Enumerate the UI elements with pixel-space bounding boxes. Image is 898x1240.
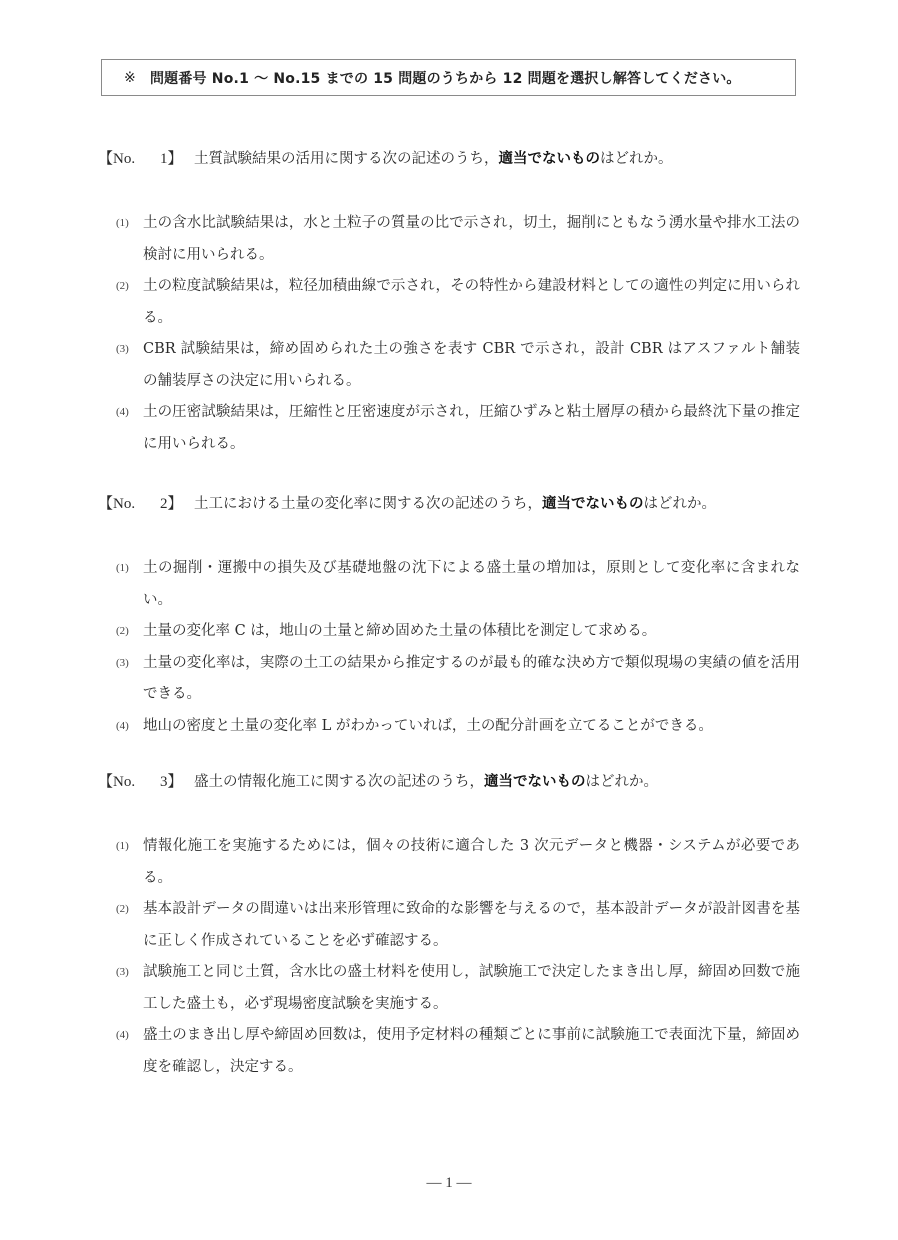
question-stem: 【No.3】盛土の情報化施工に関する次の記述のうち，適当でないものはどれか。 <box>98 772 808 792</box>
emphasis-text: 適当でないもの <box>542 496 644 512</box>
option-item: (1)土の含水比試験結果は，水と土粒子の質量の比で示され，切土，掘削にともなう湧… <box>98 208 800 271</box>
emphasis-text: 適当でないもの <box>499 151 601 167</box>
option-list: (1)土の含水比試験結果は，水と土粒子の質量の比で示され，切土，掘削にともなう湧… <box>98 208 808 460</box>
option-item: (3)試験施工と同じ土質，含水比の盛土材料を使用し，試験施工で決定したまき出し厚… <box>98 957 800 1020</box>
option-item: (3)土量の変化率は，実際の土工の結果から推定するのが最も的確な決め方で類似現場… <box>98 648 800 711</box>
question-3: 【No.3】盛土の情報化施工に関する次の記述のうち，適当でないものはどれか。 (… <box>98 772 808 1083</box>
option-item: (1)情報化施工を実施するためには，個々の技術に適合した 3 次元データと機器・… <box>98 831 800 894</box>
reference-mark-icon: ※ <box>124 70 136 86</box>
question-stem: 【No.1】土質試験結果の活用に関する次の記述のうち，適当でないものはどれか。 <box>98 149 808 169</box>
instruction-notice-box: ※ 問題番号 No.1 ～ No.15 までの 15 問題のうちから 12 問題… <box>101 59 796 96</box>
option-item: (2)基本設計データの間違いは出来形管理に致命的な影響を与えるので，基本設計デー… <box>98 894 800 957</box>
option-list: (1)土の掘削・運搬中の損失及び基礎地盤の沈下による盛土量の増加は，原則として変… <box>98 553 808 742</box>
question-2: 【No.2】土工における土量の変化率に関する次の記述のうち，適当でないものはどれ… <box>98 494 808 742</box>
question-number: 【No.2】 <box>98 494 194 514</box>
option-item: (3)CBR 試験結果は，締め固められた土の強さを表す CBR で示され，設計 … <box>98 334 800 397</box>
option-item: (4)地山の密度と土量の変化率 L がわかっていれば，土の配分計画を立てることが… <box>98 711 800 743</box>
page-number: — 1 — <box>0 1175 898 1192</box>
question-stem: 【No.2】土工における土量の変化率に関する次の記述のうち，適当でないものはどれ… <box>98 494 808 514</box>
question-number: 【No.1】 <box>98 149 194 169</box>
question-1: 【No.1】土質試験結果の活用に関する次の記述のうち，適当でないものはどれか。 … <box>98 149 808 460</box>
option-list: (1)情報化施工を実施するためには，個々の技術に適合した 3 次元データと機器・… <box>98 831 808 1083</box>
option-item: (2)土量の変化率 C は，地山の土量と締め固めた土量の体積比を測定して求める。 <box>98 616 800 648</box>
question-number: 【No.3】 <box>98 772 194 792</box>
option-item: (1)土の掘削・運搬中の損失及び基礎地盤の沈下による盛土量の増加は，原則として変… <box>98 553 800 616</box>
instruction-text: 問題番号 No.1 ～ No.15 までの 15 問題のうちから 12 問題を選… <box>150 68 741 88</box>
option-item: (4)盛土のまき出し厚や締固め回数は，使用予定材料の種類ごとに事前に試験施工で表… <box>98 1020 800 1083</box>
option-item: (4)土の圧密試験結果は，圧縮性と圧密速度が示され，圧縮ひずみと粘土層厚の積から… <box>98 397 800 460</box>
option-item: (2)土の粒度試験結果は，粒径加積曲線で示され，その特性から建設材料としての適性… <box>98 271 800 334</box>
emphasis-text: 適当でないもの <box>484 774 586 790</box>
